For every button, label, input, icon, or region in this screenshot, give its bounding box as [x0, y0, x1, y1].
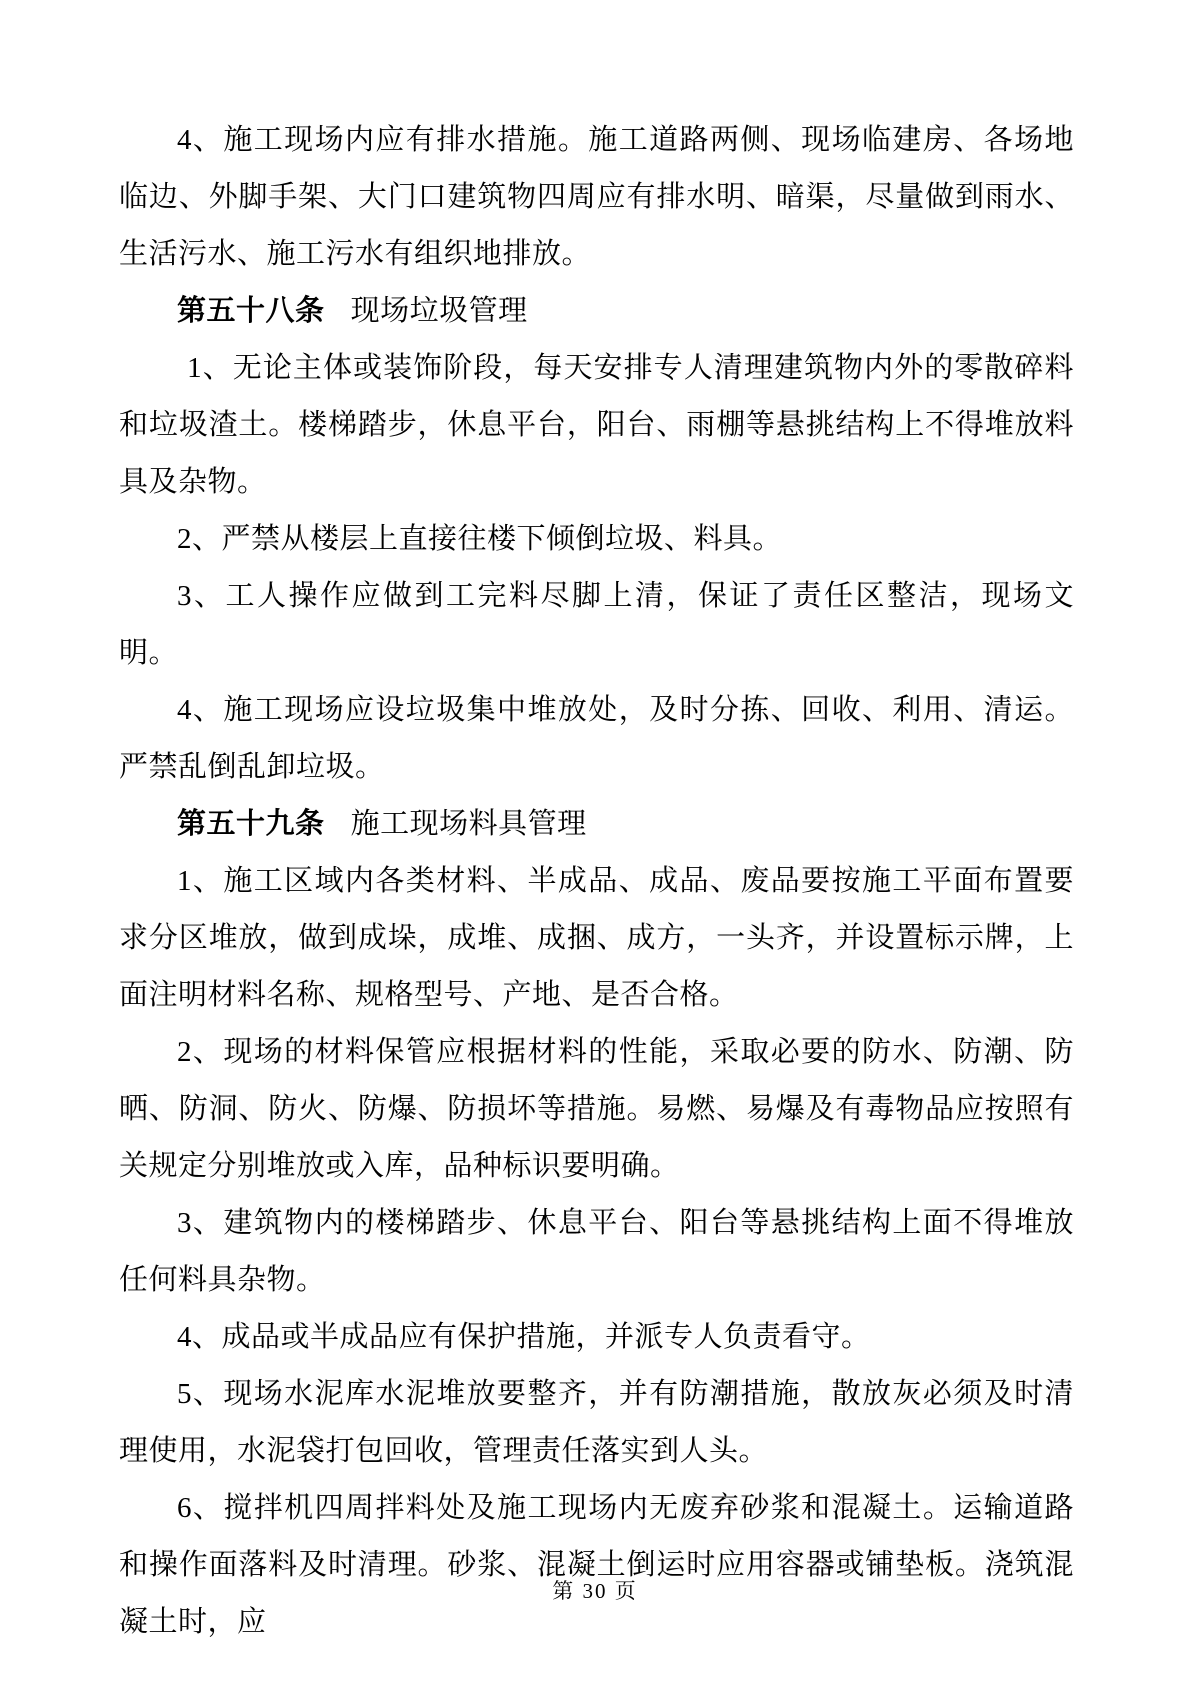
paragraph: 2、严禁从楼层上直接往楼下倾倒垃圾、料具。 — [119, 511, 1074, 568]
section-heading-label: 第五十八条 — [177, 295, 325, 327]
section-heading-58: 第五十八条现场垃圾管理 — [119, 283, 1074, 340]
section-heading-59: 第五十九条施工现场料具管理 — [119, 796, 1074, 853]
paragraph: 3、建筑物内的楼梯踏步、休息平台、阳台等悬挑结构上面不得堆放任何料具杂物。 — [119, 1195, 1074, 1309]
section-heading-title: 施工现场料具管理 — [351, 808, 587, 840]
paragraph: 4、施工现场内应有排水措施。施工道路两侧、现场临建房、各场地临边、外脚手架、大门… — [119, 112, 1074, 283]
paragraph: 2、现场的材料保管应根据材料的性能，采取必要的防水、防潮、防晒、防洞、防火、防爆… — [119, 1024, 1074, 1195]
paragraph: 1、施工区域内各类材料、半成品、成品、废品要按施工平面布置要求分区堆放，做到成垛… — [119, 853, 1074, 1024]
paragraph: 4、成品或半成品应有保护措施，并派专人负责看守。 — [119, 1309, 1074, 1366]
paragraph: 6、搅拌机四周拌料处及施工现场内无废弃砂浆和混凝土。运输道路和操作面落料及时清理… — [119, 1480, 1074, 1651]
document-body: 4、施工现场内应有排水措施。施工道路两侧、现场临建房、各场地临边、外脚手架、大门… — [119, 112, 1074, 1651]
paragraph: 4、施工现场应设垃圾集中堆放处，及时分拣、回收、利用、清运。严禁乱倒乱卸垃圾。 — [119, 682, 1074, 796]
paragraph: 1、无论主体或装饰阶段，每天安排专人清理建筑物内外的零散碎料和垃圾渣土。楼梯踏步… — [119, 340, 1074, 511]
paragraph: 5、现场水泥库水泥堆放要整齐，并有防潮措施，散放灰必须及时清理使用，水泥袋打包回… — [119, 1366, 1074, 1480]
document-page: 4、施工现场内应有排水措施。施工道路两侧、现场临建房、各场地临边、外脚手架、大门… — [0, 0, 1190, 1683]
section-heading-title: 现场垃圾管理 — [351, 295, 528, 327]
section-heading-label: 第五十九条 — [177, 808, 325, 840]
paragraph: 3、工人操作应做到工完料尽脚上清，保证了责任区整洁，现场文明。 — [119, 568, 1074, 682]
page-number-footer: 第 30 页 — [0, 1576, 1190, 1606]
